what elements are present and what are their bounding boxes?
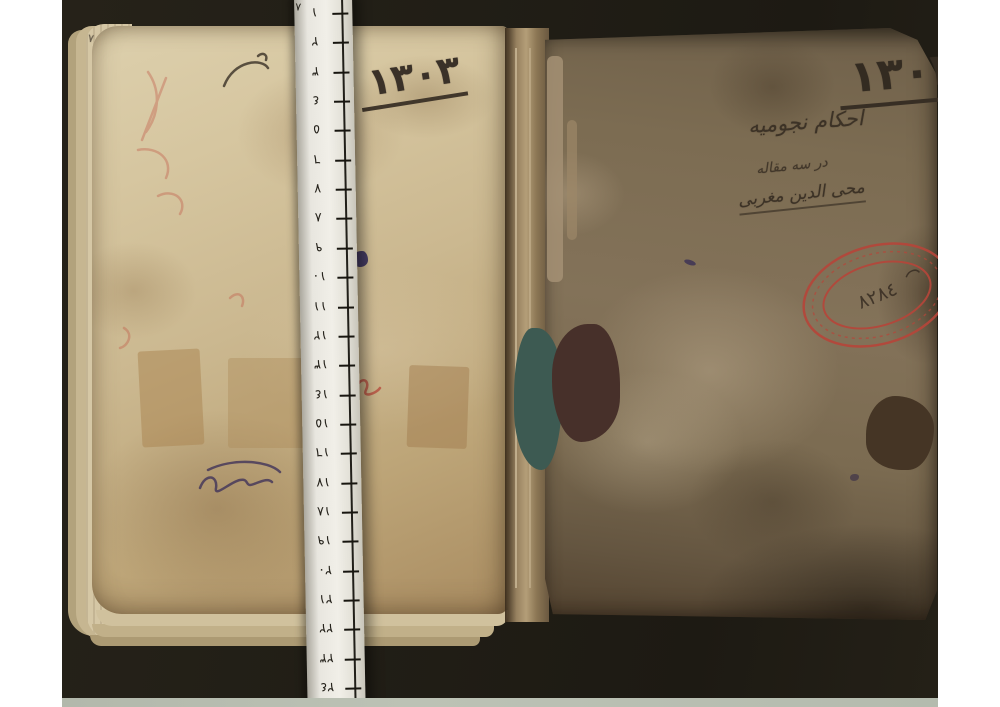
ruler-mark: ٢٠ xyxy=(305,561,363,582)
ruler-mark: ١٢ xyxy=(300,326,358,347)
ruler-number: ٢٢ xyxy=(314,620,338,635)
ruler-number: ١ xyxy=(302,4,326,19)
ruler-tick xyxy=(338,306,354,308)
ruler-mark: ٣ xyxy=(295,62,353,83)
ruler-tick xyxy=(339,335,355,337)
ruler-number: ١٠ xyxy=(307,268,331,283)
ruler-tick xyxy=(340,423,356,425)
ruler-mark: ٦ xyxy=(297,150,355,171)
ruler-tick xyxy=(337,277,353,279)
ruler-mark: ١٩ xyxy=(304,532,362,553)
ruler-mark: ٢١ xyxy=(305,590,363,611)
ruler-number: ٤ xyxy=(304,92,328,107)
ruler-tick xyxy=(339,365,355,367)
ruler-tick xyxy=(337,247,353,249)
ruler-number: ١٥ xyxy=(310,415,334,430)
ruler-tick xyxy=(335,159,351,161)
scan-bed-strip xyxy=(62,698,938,707)
ruler-number: ٨ xyxy=(306,209,330,224)
photo-background: ١٣٠٣ ١٣٠٣ احکام نجومیه در سه مقاله محی ا… xyxy=(62,0,938,698)
ruler-number: ٢٠ xyxy=(313,561,337,576)
ruler-tick xyxy=(336,218,352,220)
ruler-number: ٢ xyxy=(303,33,327,48)
ruler-tick xyxy=(345,658,361,660)
ruler-tick xyxy=(345,687,361,689)
ruler-tick xyxy=(344,599,360,601)
torn-paper-strip-2 xyxy=(567,120,577,240)
ruler-number: ١٩ xyxy=(312,532,336,547)
ruler-tick xyxy=(335,130,351,132)
ruler-mark: ١٥ xyxy=(302,414,360,435)
stamp-flourish xyxy=(905,269,920,277)
ruler-number: ١٤ xyxy=(309,385,333,400)
ruler-mark: ٤ xyxy=(296,91,354,112)
ruler-mark: ٢٢ xyxy=(306,620,364,641)
year-mark-right: ١٣٠٣ xyxy=(836,43,938,111)
ruler-mark: ١٠ xyxy=(299,268,357,289)
torn-paper-strip xyxy=(547,56,563,282)
ruler-mark: ٢٣ xyxy=(307,649,365,670)
ruler-number: ٩ xyxy=(307,239,331,254)
ruler-tick xyxy=(333,71,349,73)
ruler-number: ٦ xyxy=(305,151,329,166)
tape-stain-2 xyxy=(228,358,310,448)
stamp-accession-number: ٨٢٨٤ xyxy=(854,278,900,314)
ruler-mark: ٢٤ xyxy=(307,678,365,698)
ruler-tick xyxy=(342,511,358,513)
maroon-tear-patch xyxy=(552,324,620,442)
ruler-number: ١٧ xyxy=(311,473,335,488)
ruler-tick xyxy=(340,394,356,396)
ruler-mark: ١١ xyxy=(300,297,358,318)
ruler-mark: ١٨ xyxy=(304,502,362,523)
ruler-number: ١١ xyxy=(308,297,332,312)
ruler-tick xyxy=(333,42,349,44)
ruler-tick xyxy=(341,453,357,455)
ruler-number: ١٨ xyxy=(312,503,336,518)
ruler-number: ١٢ xyxy=(308,327,332,342)
manuscript-photograph: ١٣٠٣ ١٣٠٣ احکام نجومیه در سه مقاله محی ا… xyxy=(0,0,1000,707)
ruler-tick xyxy=(332,13,348,15)
ruler-mark: ١٧ xyxy=(303,473,361,494)
ruler-mark: ١٦ xyxy=(303,444,361,465)
ruler-mark: ٧ xyxy=(298,180,356,201)
ruler-mark: ٥ xyxy=(296,121,354,142)
dark-tear-patch-right xyxy=(866,396,934,470)
ruler-tick xyxy=(334,101,350,103)
ruler-mark: ١٤ xyxy=(301,385,359,406)
ruler-tick xyxy=(341,482,357,484)
tape-stain-3 xyxy=(407,365,470,449)
ruler-tick xyxy=(342,541,358,543)
ruler-number: ٢٣ xyxy=(315,650,339,665)
ruler-number: ٣ xyxy=(303,63,327,78)
ruler-tick xyxy=(344,629,360,631)
ruler-number: ٥ xyxy=(304,121,328,136)
book-gutter xyxy=(505,28,549,622)
gutter-crack-line xyxy=(529,48,531,588)
ruler-number: ٢٤ xyxy=(315,679,339,694)
tape-stain-1 xyxy=(138,348,205,447)
ruler-number: ١٣ xyxy=(309,356,333,371)
ruler-mark: ٢ xyxy=(295,33,353,54)
ruler-tick xyxy=(343,570,359,572)
ruler-tick xyxy=(336,189,352,191)
ruler-number: ٢١ xyxy=(313,591,337,606)
ruler-number: ١٦ xyxy=(311,444,335,459)
ruler-mark: ٨ xyxy=(298,209,356,230)
ruler-mark: ٩ xyxy=(299,238,357,259)
gutter-crack-line xyxy=(515,48,517,588)
ruler-mark: ١٣ xyxy=(301,356,359,377)
ruler-number: ٧ xyxy=(306,180,330,195)
ruler-mark: ١ xyxy=(294,3,352,24)
